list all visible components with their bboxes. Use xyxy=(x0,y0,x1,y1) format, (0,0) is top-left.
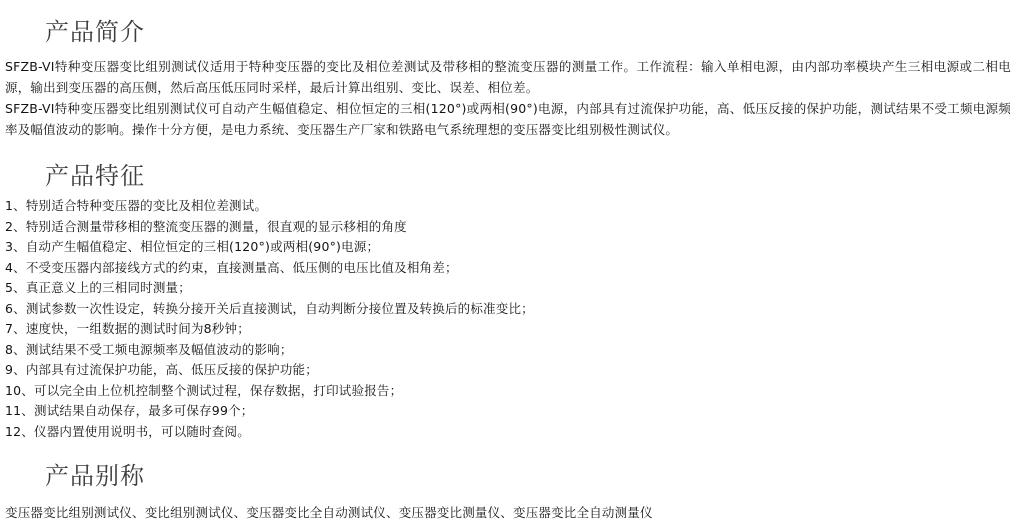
feature-item-3: 3、自动产生幅值稳定、相位恒定的三相(120°)或两相(90°)电源； xyxy=(5,237,1011,258)
feature-item-8: 8、测试结果不受工频电源频率及幅值波动的影响； xyxy=(5,340,1011,361)
section-title-intro: 产品简介 xyxy=(45,0,1017,48)
feature-item-9: 9、内部具有过流保护功能，高、低压反接的保护功能； xyxy=(5,360,1011,381)
intro-paragraph-1: SFZB-VI特种变压器变比组别测试仪适用于特种变压器的变比及相位差测试及带移相… xyxy=(5,56,1011,98)
feature-item-1: 1、特别适合特种变压器的变比及相位差测试。 xyxy=(5,196,1011,217)
intro-paragraph-2: SFZB-VI特种变压器变比组别测试仪可自动产生幅值稳定、相位恒定的三相(120… xyxy=(5,98,1011,140)
feature-item-5: 5、真正意义上的三相同时测量； xyxy=(5,278,1011,299)
feature-item-7: 7、速度快，一组数据的测试时间为8秒钟； xyxy=(5,319,1011,340)
feature-item-2: 2、特别适合测量带移相的整流变压器的测量，很直观的显示移相的角度 xyxy=(5,217,1011,238)
feature-list: 1、特别适合特种变压器的变比及相位差测试。 2、特别适合测量带移相的整流变压器的… xyxy=(5,196,1011,442)
feature-item-10: 10、可以完全由上位机控制整个测试过程，保存数据，打印试验报告； xyxy=(5,381,1011,402)
feature-item-6: 6、测试参数一次性设定，转换分接开关后直接测试，自动判断分接位置及转换后的标准变… xyxy=(5,299,1011,320)
feature-item-11: 11、测试结果自动保存，最多可保存99个； xyxy=(5,401,1011,422)
feature-item-12: 12、仪器内置使用说明书，可以随时查阅。 xyxy=(5,422,1011,443)
section-title-features: 产品特征 xyxy=(45,160,1017,192)
intro-section-body: SFZB-VI特种变压器变比组别测试仪适用于特种变压器的变比及相位差测试及带移相… xyxy=(5,56,1011,140)
section-title-aliases: 产品别称 xyxy=(45,460,1017,492)
feature-item-4: 4、不受变压器内部接线方式的约束，直接测量高、低压侧的电压比值及相角差； xyxy=(5,258,1011,279)
product-description-page: 产品简介 SFZB-VI特种变压器变比组别测试仪适用于特种变压器的变比及相位差测… xyxy=(0,0,1017,529)
alias-line: 变压器变比组别测试仪、变比组别测试仪、变压器变比全自动测试仪、变压器变比测量仪、… xyxy=(5,502,1011,523)
